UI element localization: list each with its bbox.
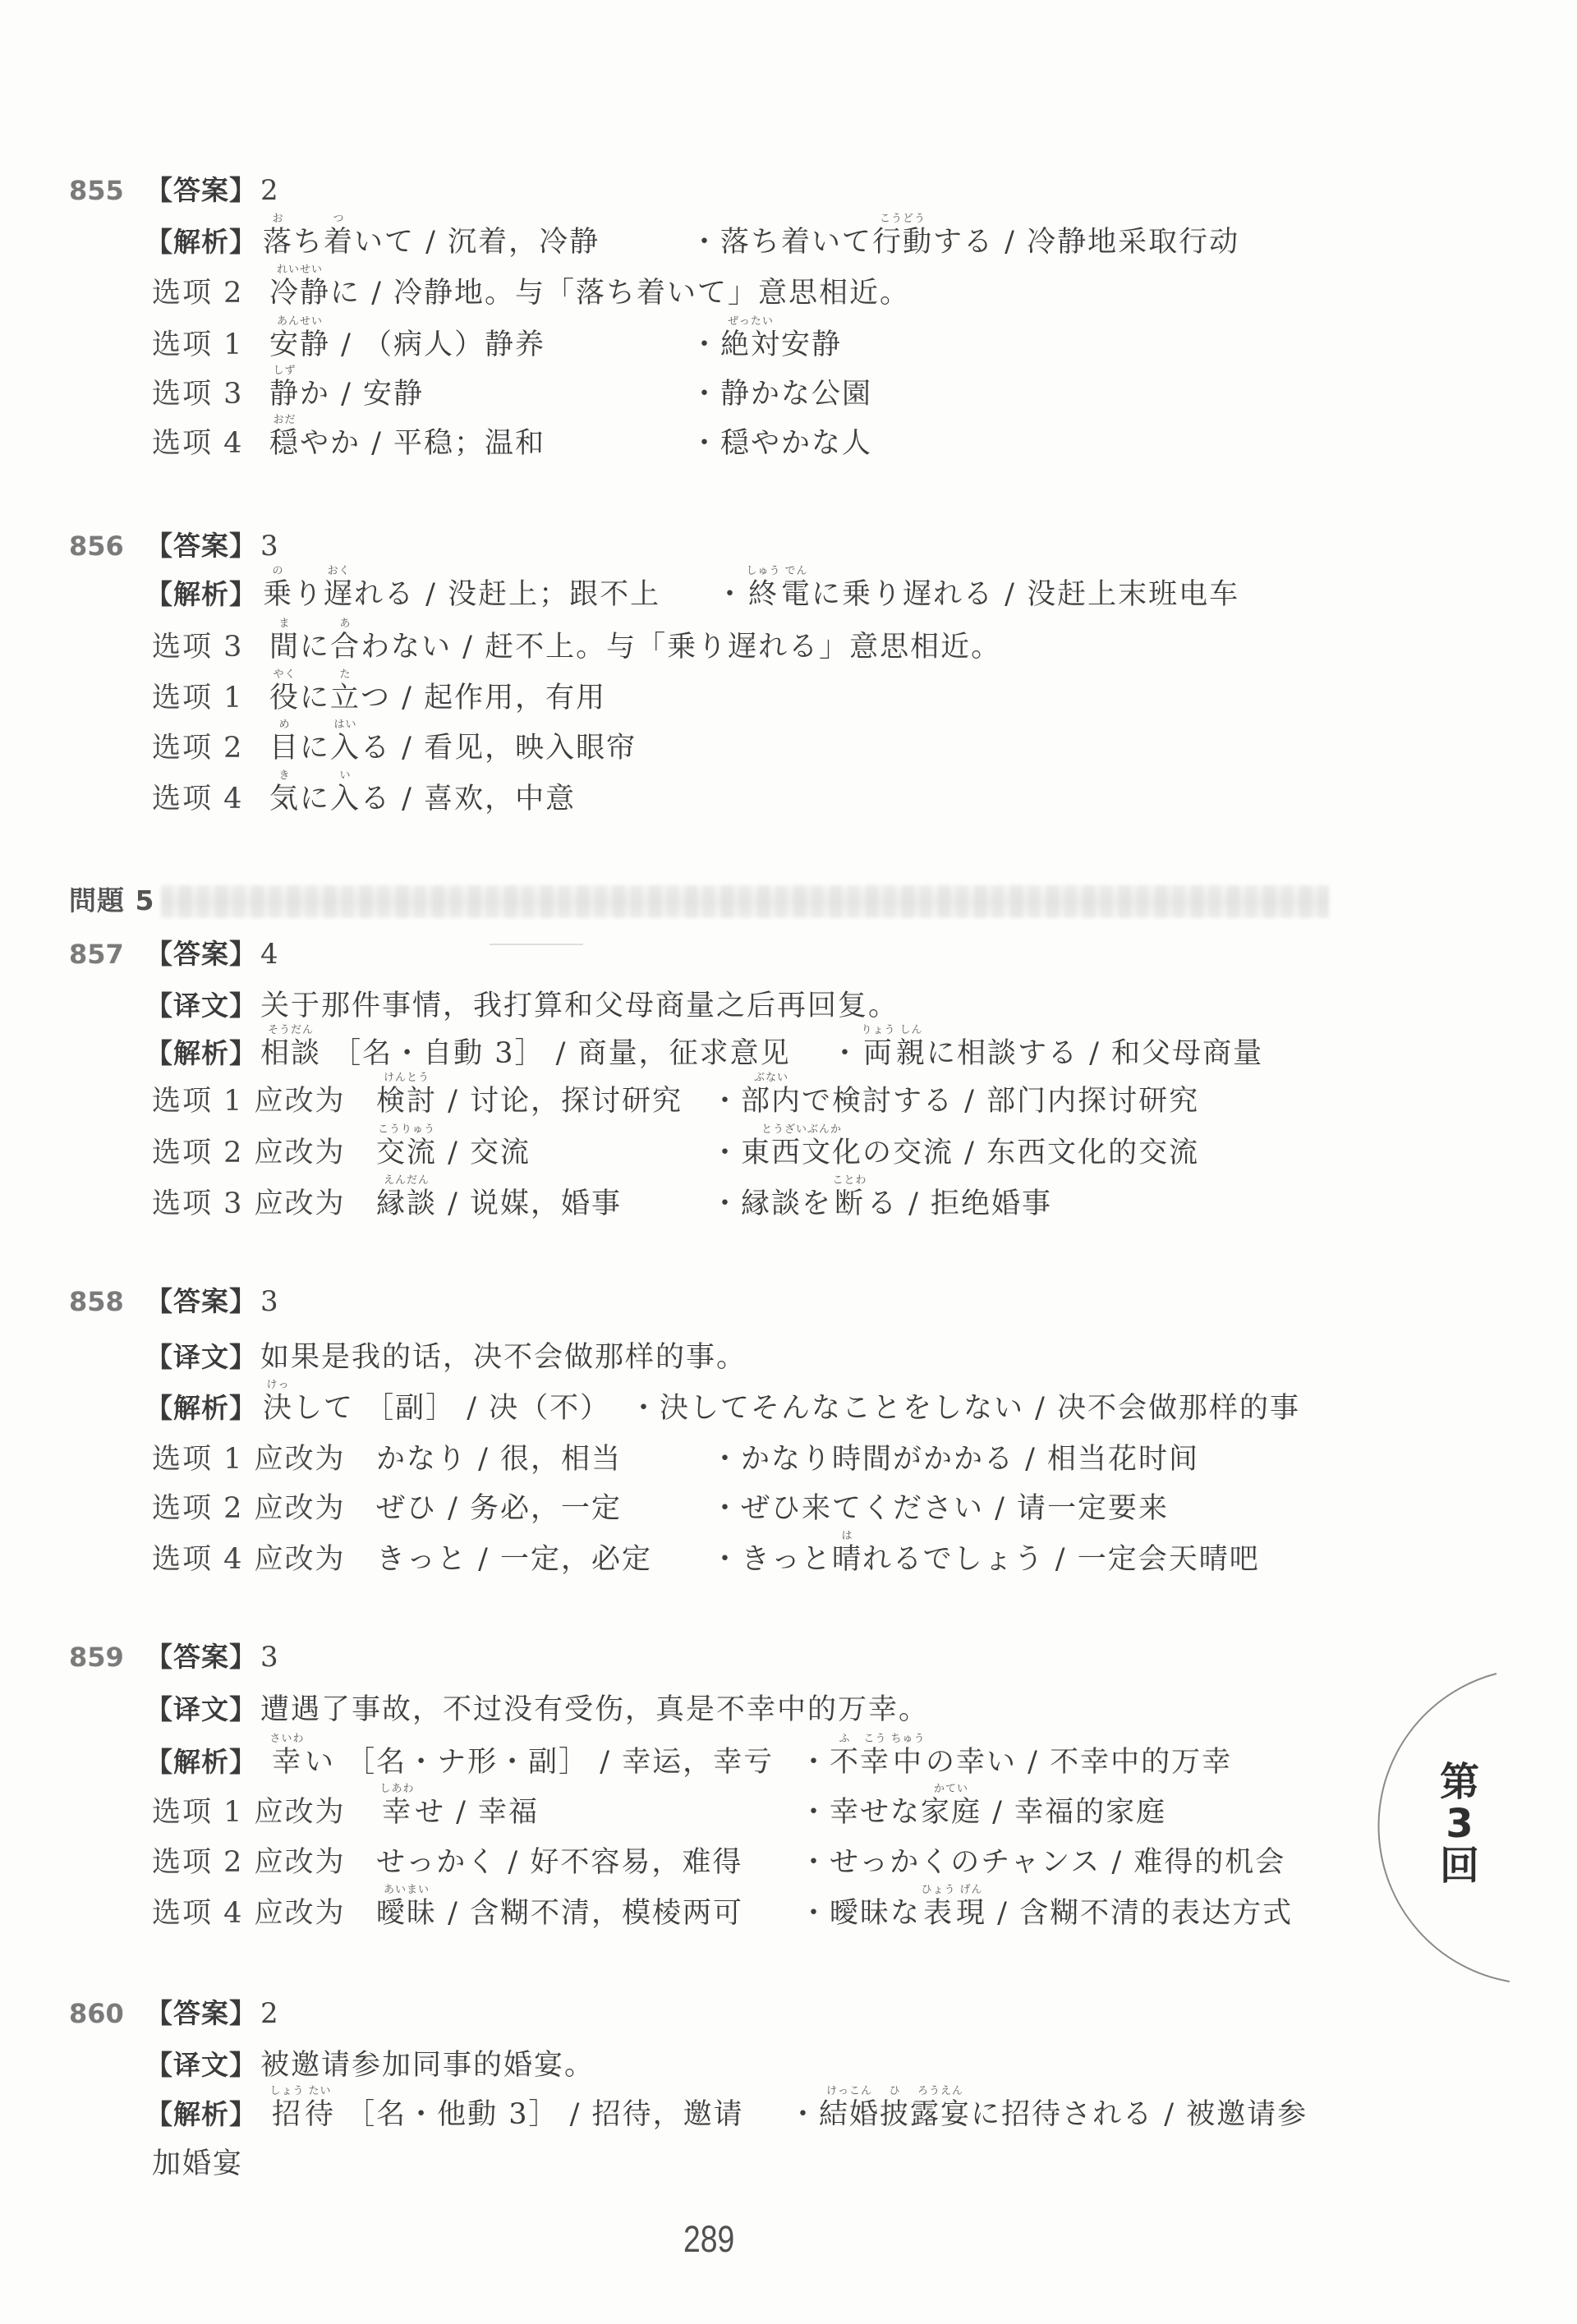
furigana: たい [308, 2086, 331, 2097]
translation-row: 【译文】 被邀请参加同事的婚宴。 [0, 2047, 1577, 2083]
option-explanation: 気きに入いる / 喜欢，中意 [269, 781, 576, 817]
option-explanation: 曖昧あいまい / 含糊不清，模棱两可 [376, 1895, 743, 1931]
example-sentence: ・東西文化とうざいぶんかの交流 / 东西文化的交流 [710, 1135, 1199, 1171]
option-explanation: 交流こうりゅう / 交流 [376, 1135, 531, 1171]
furigana-base: 親しん [896, 1036, 926, 1072]
furigana: あんせい [277, 316, 323, 327]
translation-label: 【译文】 [145, 1692, 257, 1728]
example-continuation: 加婚宴 [152, 2146, 243, 2182]
question-number: 855 [69, 172, 124, 209]
furigana-base: 披ひ [880, 2097, 910, 2133]
furigana: つ [333, 214, 345, 224]
furigana: えんだん [384, 1175, 430, 1186]
option-explanation: 検討けんとう / 讨论，探讨研究 [376, 1083, 683, 1119]
translation-label: 【译文】 [145, 2047, 257, 2083]
furigana-base: 絶対ぜったい [720, 327, 781, 363]
answer-value: 2 [260, 1996, 278, 2032]
analysis-label: 【解析】 [145, 224, 257, 260]
option-label: 选项 2 应改为 [152, 1135, 346, 1171]
question-number: 860 [69, 1996, 124, 2032]
term-definition: 決けっして ［副］ / 决（不） [263, 1390, 610, 1426]
option-row: 选项 1 应改为 かなり / 很，相当 ・かなり時間がかかる / 相当花时间 [0, 1441, 1577, 1477]
option-explanation: ぜひ / 务必，一定 [376, 1490, 622, 1527]
option-row: 选项 2 应改为 せっかく / 好不容易，难得 ・せっかくのチャンス / 难得的… [0, 1844, 1577, 1881]
furigana: けっ [266, 1380, 289, 1390]
example-sentence: ・落ち着いて行動こうどうする / 冷静地采取行动 [690, 224, 1239, 260]
furigana-base: 立た [330, 680, 361, 716]
option-row: 选项 4 穏おだやか / 平稳；温和 ・穏やかな人 [0, 425, 1577, 462]
furigana: こうりゅう [378, 1124, 435, 1135]
option-row: 选项 2 目めに入はいる / 看见，映入眼帘 [0, 730, 1577, 766]
chapter-tab-char: 3 [1439, 1803, 1480, 1845]
answer-label: 【答案】 [145, 1996, 257, 2032]
option-label: 选项 4 [152, 425, 243, 462]
furigana: やく [273, 669, 296, 680]
option-explanation: 穏おだやか / 平稳；温和 [269, 425, 545, 462]
furigana-base: 合あ [330, 629, 361, 665]
example-sentence: ・両りょう親しんに相談する / 和父母商量 [830, 1036, 1263, 1072]
furigana: ま [278, 618, 290, 629]
furigana: こうどう [880, 214, 926, 224]
answer-header: 859 【答案】 3 [0, 1639, 1577, 1675]
furigana-base: 穏おだ [269, 425, 300, 462]
answer-header: 857 【答案】 4 [0, 936, 1577, 972]
furigana-base: 露宴ろうえん [910, 2097, 971, 2133]
furigana-base: 検討けんとう [376, 1083, 437, 1119]
option-row: 选项 2 应改为 ぜひ / 务必，一定 ・ぜひ来てください / 请一定要来 [0, 1490, 1577, 1527]
furigana-base: 目め [269, 730, 300, 766]
analysis-row: 【解析】 幸さいわい ［名・ナ形・副］ / 幸运，幸亏 ・不ふ幸こう中ちゅうの幸… [0, 1744, 1577, 1780]
option-explanation: 静しずか / 安静 [269, 376, 424, 412]
furigana-base: 幸こう [860, 1744, 890, 1780]
option-explanation: 縁談えんだん / 说媒，婚事 [376, 1186, 622, 1222]
option-explanation: 間まに合あわない / 赶不上。与「乗り遅れる」意思相近。 [269, 629, 1001, 665]
furigana: お [272, 214, 283, 224]
furigana-base: 遅おく [324, 576, 354, 613]
answer-label: 【答案】 [145, 528, 257, 564]
analysis-label: 【解析】 [145, 1744, 257, 1780]
example-sentence: ・曖昧な表ひょう現げん / 含糊不清的表达方式 [799, 1895, 1293, 1931]
furigana-base: 晴は [832, 1541, 862, 1578]
section-title: 問題 5 [69, 883, 154, 919]
chapter-tab: 第 3 回 [1439, 1761, 1480, 1887]
furigana: かてい [934, 1784, 968, 1794]
option-label: 选项 2 [152, 275, 243, 311]
option-explanation: 役やくに立たつ / 起作用，有用 [269, 680, 606, 716]
option-row: 选项 3 应改为 縁談えんだん / 说媒，婚事 ・縁談を断ことわる / 拒绝婚事 [0, 1186, 1577, 1222]
example-sentence: ・絶対ぜったい安静 [690, 327, 842, 363]
furigana-base: 静しず [269, 376, 300, 412]
furigana: ひ [890, 2086, 901, 2097]
answer-label: 【答案】 [145, 1639, 257, 1675]
section-header: 問題 5 [0, 883, 1577, 919]
question-number: 859 [69, 1639, 124, 1675]
furigana: ふ [839, 1734, 851, 1744]
analysis-label: 【解析】 [145, 1036, 257, 1072]
option-row: 选项 2 冷静れいせいに / 冷静地。与「落ち着いて」意思相近。 [0, 275, 1577, 311]
question-number: 858 [69, 1284, 124, 1320]
furigana: さいわ [269, 1734, 304, 1744]
furigana: でん [785, 566, 808, 576]
furigana-base: 間ま [269, 629, 300, 665]
furigana-base: 幸しあわ [379, 1794, 415, 1830]
question-number: 857 [69, 936, 124, 972]
chapter-tab-char: 第 [1439, 1761, 1480, 1803]
furigana-base: 結婚けっこん [819, 2097, 880, 2133]
furigana-base: 役やく [269, 680, 300, 716]
furigana: い [340, 770, 352, 781]
option-row: 选项 2 应改为 交流こうりゅう / 交流 ・東西文化とうざいぶんかの交流 / … [0, 1135, 1577, 1171]
furigana-base: 落お [263, 224, 293, 260]
furigana-base: 冷静れいせい [269, 275, 330, 311]
furigana: の [272, 566, 283, 576]
option-row: 选项 3 間まに合あわない / 赶不上。与「乗り遅れる」意思相近。 [0, 629, 1577, 665]
furigana-base: 表ひょう [921, 1895, 956, 1931]
answer-value: 3 [260, 528, 278, 564]
option-explanation: かなり / 很，相当 [376, 1441, 622, 1477]
option-explanation: せっかく / 好不容易，难得 [376, 1844, 743, 1881]
translation-row: 【译文】 遭遇了事故，不过没有受伤，真是不幸中的万幸。 [0, 1692, 1577, 1728]
furigana: き [278, 770, 290, 781]
furigana-base: 両りょう [861, 1036, 896, 1072]
option-label: 选项 2 应改为 [152, 1490, 346, 1527]
example-sentence: ・部内ぶないで検討する / 部门内探讨研究 [710, 1083, 1199, 1119]
furigana-base: 電でん [781, 576, 811, 613]
furigana: しあわ [379, 1784, 414, 1794]
furigana: そうだん [268, 1025, 314, 1036]
furigana-base: 曖昧あいまい [376, 1895, 437, 1931]
example-sentence: ・縁談を断ことわる / 拒绝婚事 [710, 1186, 1052, 1222]
answer-header: 858 【答案】 3 [0, 1284, 1577, 1320]
answer-value: 4 [260, 936, 278, 972]
option-label: 选项 1 [152, 327, 243, 363]
translation-text: 遭遇了事故，不过没有受伤，真是不幸中的万幸。 [260, 1692, 929, 1728]
answer-header: 855 【答案】 2 [0, 172, 1577, 209]
option-explanation: 冷静れいせいに / 冷静地。与「落ち着いて」意思相近。 [269, 275, 910, 311]
furigana-base: 東西文化とうざいぶんか [741, 1135, 862, 1171]
example-sentence: ・ぜひ来てください / 请一定要来 [710, 1490, 1169, 1527]
option-label: 选项 3 应改为 [152, 1186, 346, 1222]
option-row: 选项 1 应改为 検討けんとう / 讨论，探讨研究 ・部内ぶないで検討する / … [0, 1083, 1577, 1119]
option-row: 选项 4 应改为 曖昧あいまい / 含糊不清，模棱两可 ・曖昧な表ひょう現げん … [0, 1895, 1577, 1931]
furigana: しゅう [747, 566, 781, 576]
term-definition: 乗のり遅おくれる / 没赶上；跟不上 [263, 576, 660, 613]
option-label: 选项 1 应改为 [152, 1441, 346, 1477]
example-sentence: ・かなり時間がかかる / 相当花时间 [710, 1441, 1199, 1477]
furigana: おだ [273, 415, 296, 425]
option-label: 选项 1 应改为 [152, 1083, 346, 1119]
furigana: ろうえん [917, 2086, 963, 2097]
analysis-row: 【解析】 乗のり遅おくれる / 没赶上；跟不上 ・終しゅう電でんに乗り遅れる /… [0, 576, 1577, 613]
furigana: は [842, 1531, 853, 1541]
furigana: あ [340, 618, 352, 629]
furigana-base: 幸さいわ [269, 1744, 305, 1780]
furigana: ひょう [922, 1885, 956, 1895]
furigana-base: 交流こうりゅう [376, 1135, 437, 1171]
page-number: 289 [683, 2220, 734, 2259]
furigana-base: 現げん [956, 1895, 986, 1931]
furigana: おく [328, 566, 351, 576]
question-number: 856 [69, 528, 124, 564]
furigana: とうざいぶんか [761, 1124, 842, 1135]
term-definition: 招しょう待たい ［名・他動 3］ / 招待，邀请 [269, 2097, 744, 2133]
furigana-base: 縁談えんだん [376, 1186, 437, 1222]
answer-value: 3 [260, 1284, 278, 1320]
option-label: 选项 2 应改为 [152, 1844, 346, 1881]
translation-row: 【译文】 如果是我的话，决不会做那样的事。 [0, 1339, 1577, 1376]
option-label: 选项 2 [152, 730, 243, 766]
analysis-row: 【解析】 相談そうだん ［名・自動 3］ / 商量，征求意见 ・両りょう親しんに… [0, 1036, 1577, 1072]
furigana-base: 待たい [305, 2097, 335, 2133]
furigana-base: 気き [269, 781, 300, 817]
furigana-base: 入はい [330, 730, 361, 766]
option-explanation: 目めに入はいる / 看见，映入眼帘 [269, 730, 637, 766]
furigana: ことわ [833, 1175, 867, 1186]
furigana: けっこん [826, 2086, 872, 2097]
furigana-base: 行動こうどう [872, 224, 933, 260]
furigana-base: 断ことわ [832, 1186, 867, 1222]
analysis-label: 【解析】 [145, 576, 257, 613]
translation-text: 被邀请参加同事的婚宴。 [260, 2047, 595, 2083]
option-row: 选项 4 应改为 きっと / 一定，必定 ・きっと晴はれるでしょう / 一定会天… [0, 1541, 1577, 1578]
option-explanation: 安静あんせい / （病人）静养 [269, 327, 545, 363]
option-explanation: きっと / 一定，必定 [376, 1541, 652, 1578]
furigana: こう [864, 1734, 887, 1744]
translation-row: 【译文】 关于那件事情，我打算和父母商量之后再回复。 [0, 988, 1577, 1024]
furigana-base: 相談そうだん [260, 1036, 321, 1072]
analysis-label: 【解析】 [145, 2097, 257, 2133]
furigana: ぶない [754, 1072, 788, 1083]
translation-label: 【译文】 [145, 988, 257, 1024]
answer-label: 【答案】 [145, 1284, 257, 1320]
answer-label: 【答案】 [145, 172, 257, 209]
option-row: 选项 1 役やくに立たつ / 起作用，有用 [0, 680, 1577, 716]
option-label: 选项 4 [152, 781, 243, 817]
continuation-row: 加婚宴 [0, 2146, 1577, 2182]
furigana-base: 部内ぶない [741, 1083, 802, 1119]
example-sentence: ・終しゅう電でんに乗り遅れる / 没赶上末班电车 [715, 576, 1239, 613]
furigana-base: 決けっ [263, 1390, 293, 1426]
answer-value: 3 [260, 1639, 278, 1675]
translation-text: 关于那件事情，我打算和父母商量之后再回复。 [260, 988, 899, 1024]
option-label: 选项 1 应改为 [152, 1794, 346, 1830]
furigana: はい [334, 719, 357, 730]
furigana: た [340, 669, 352, 680]
example-sentence: ・穏やかな人 [690, 425, 872, 462]
example-sentence: ・静かな公園 [690, 376, 872, 412]
analysis-label: 【解析】 [145, 1390, 257, 1426]
chapter-tab-char: 回 [1439, 1845, 1480, 1887]
furigana-base: 家庭かてい [921, 1794, 982, 1830]
option-row: 选项 3 静しずか / 安静 ・静かな公園 [0, 376, 1577, 412]
term-definition: 落おち着ついて / 沉着，冷静 [263, 224, 600, 260]
furigana: けんとう [384, 1072, 430, 1083]
example-sentence: ・不ふ幸こう中ちゅうの幸い / 不幸中的万幸 [799, 1744, 1232, 1780]
option-row: 选项 1 应改为 幸しあわせ / 幸福 ・幸せな家庭かてい / 幸福的家庭 [0, 1794, 1577, 1830]
furigana-base: 終しゅう [746, 576, 781, 613]
answer-label: 【答案】 [145, 936, 257, 972]
furigana: しん [900, 1025, 923, 1036]
furigana-base: 乗の [263, 576, 293, 613]
example-sentence: ・きっと晴はれるでしょう / 一定会天晴吧 [710, 1541, 1260, 1578]
furigana-base: 中ちゅう [890, 1744, 926, 1780]
option-label: 选项 4 应改为 [152, 1895, 346, 1931]
term-definition: 幸さいわい ［名・ナ形・副］ / 幸运，幸亏 [269, 1744, 774, 1780]
example-sentence: ・結婚けっこん披ひ露宴ろうえんに招待される / 被邀请参 [788, 2097, 1308, 2133]
example-sentence: ・幸せな家庭かてい / 幸福的家庭 [799, 1794, 1166, 1830]
option-label: 选项 4 应改为 [152, 1541, 346, 1578]
furigana-base: 入い [330, 781, 361, 817]
example-sentence: ・せっかくのチャンス / 难得的机会 [799, 1844, 1285, 1881]
furigana: しず [273, 365, 296, 376]
furigana: りょう [862, 1025, 896, 1036]
furigana: ちゅう [891, 1734, 926, 1744]
option-label: 选项 3 [152, 629, 243, 665]
answer-header: 856 【答案】 3 [0, 528, 1577, 564]
furigana: しょう [269, 2086, 304, 2097]
furigana-base: 着つ [324, 224, 354, 260]
option-explanation: 幸しあわせ / 幸福 [379, 1794, 539, 1830]
option-row: 选项 1 安静あんせい / （病人）静养 ・絶対ぜったい安静 [0, 327, 1577, 363]
analysis-row: 【解析】 招しょう待たい ［名・他動 3］ / 招待，邀请 ・結婚けっこん披ひ露… [0, 2097, 1577, 2133]
option-row: 选项 4 気きに入いる / 喜欢，中意 [0, 781, 1577, 817]
answer-header: 860 【答案】 2 [0, 1996, 1577, 2032]
translation-label: 【译文】 [145, 1339, 257, 1376]
furigana: め [278, 719, 290, 730]
furigana-base: 招しょう [269, 2097, 305, 2133]
furigana: れいせい [277, 264, 323, 275]
book-page: 855 【答案】 2 【解析】 落おち着ついて / 沉着，冷静 ・落ち着いて行動… [0, 0, 1577, 2324]
translation-text: 如果是我的话，决不会做那样的事。 [260, 1339, 747, 1376]
furigana: ぜったい [728, 316, 774, 327]
term-definition: 相談そうだん ［名・自動 3］ / 商量，征求意见 [260, 1036, 791, 1072]
analysis-row: 【解析】 決けっして ［副］ / 决（不） ・決してそんなことをしない / 决不… [0, 1390, 1577, 1426]
option-label: 选项 3 [152, 376, 243, 412]
furigana: あいまい [384, 1885, 430, 1895]
analysis-row: 【解析】 落おち着ついて / 沉着，冷静 ・落ち着いて行動こうどうする / 冷静… [0, 224, 1577, 260]
furigana: げん [960, 1885, 983, 1895]
option-label: 选项 1 [152, 680, 243, 716]
furigana-base: 安静あんせい [269, 327, 330, 363]
answer-value: 2 [260, 172, 278, 209]
furigana-base: 不ふ [830, 1744, 860, 1780]
example-sentence: ・決してそんなことをしない / 决不会做那样的事 [629, 1390, 1300, 1426]
